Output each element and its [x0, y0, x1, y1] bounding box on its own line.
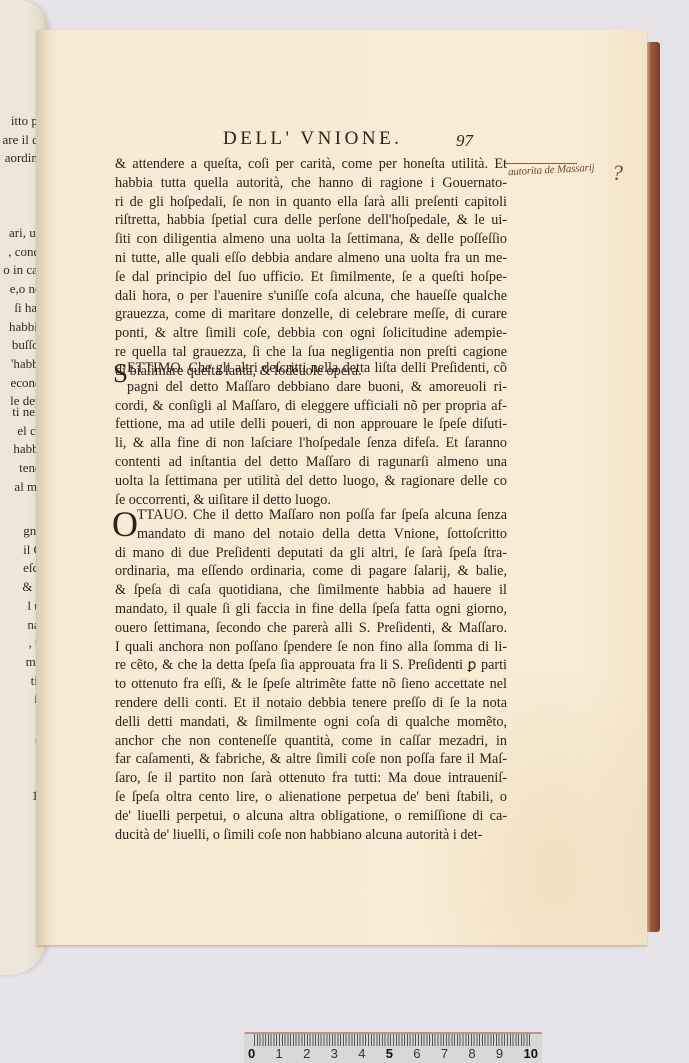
text-line: fettione, ma ad utile delli poueri, di n… [115, 415, 507, 434]
ruler-label: 9 [496, 1046, 503, 1062]
text-line: anchor che non conteneſſe quantità, come… [115, 732, 507, 751]
text-line: uolta la ſettimana per utilità del detto… [115, 472, 507, 491]
text-line: contenti ad inſtantia del detto Maſſaro … [115, 453, 507, 472]
drop-cap-o: O [112, 506, 138, 542]
text-line: TTAUO. Che il detto Maſſaro non poſſa fa… [115, 506, 507, 525]
text-line: rendere delli conti. Et il notaio debbia… [115, 694, 507, 713]
ruler-label: 1 [276, 1046, 283, 1062]
ruler-label: 2 [303, 1046, 310, 1062]
paragraph-ottauo: O TTAUO. Che il detto Maſſaro non poſſa … [115, 506, 507, 844]
text-line: re cẽto, & che la detta ſpeſa ſia approu… [115, 656, 507, 675]
text-line: ni tutte, alle quali eſſo debbia andare … [115, 249, 507, 268]
text-line: ſaro, ſe il partito non ſarà ottenuto fr… [115, 769, 507, 788]
text-line: habbia tutta quella autorità, che hanno … [115, 174, 507, 193]
text-line: de' liuelli perpetui, o alcuna altra obl… [115, 807, 507, 826]
paragraph-continuation: & attendere a queſta, coſi per carità, c… [115, 155, 507, 381]
text-line: & attendere a queſta, coſi per carità, c… [115, 155, 507, 174]
text-line: mandato di mano del notaio della detta V… [115, 525, 507, 544]
ruler-label: 5 [386, 1046, 393, 1062]
text-line: ſe ſpeſa oltra cento lire, o alienatione… [115, 788, 507, 807]
text-line: grauezza, come di maritare donzelle, di … [115, 305, 507, 324]
ruler-label: 6 [413, 1046, 420, 1062]
text-line: di mano di due Preſidenti deputati da gl… [115, 544, 507, 563]
text-line: to ottenuto fra eſſi, & le ſpeſe altrimẽ… [115, 675, 507, 694]
text-line: far caſamenti, & fabriche, & altre ſimil… [115, 750, 507, 769]
text-line: riſtretta, habbia ſpetial cura delle per… [115, 211, 507, 230]
text-line: li, & alla fine di non laſciare l'hoſped… [115, 434, 507, 453]
ruler-label: 4 [358, 1046, 365, 1062]
ruler-label: 8 [468, 1046, 475, 1062]
text-line: ri de gli hoſpedali, ſe non in quanto el… [115, 193, 507, 212]
text-line: pagni del detto Maſſaro debbiano dare bu… [115, 378, 507, 397]
ruler-labels: 012345678910 [248, 1046, 538, 1062]
text-line: mandato, il quale ſi gli faccia in fine … [115, 600, 507, 619]
page-number: 97 [456, 131, 473, 151]
text-line: ſe dal principio del ſuo ufficio. Et ſim… [115, 268, 507, 287]
text-line: ouero ſettimana, ſecondo che parerà alli… [115, 619, 507, 638]
text-line: dali hora, o per l'auenire s'uniſſe coſa… [115, 287, 507, 306]
drop-cap-s: S [113, 360, 128, 387]
text-line: I quali anchora non poſſano ſpendere ſe … [115, 638, 507, 657]
ruler-label: 0 [248, 1046, 255, 1062]
text-line: & ſpeſa di caſa quotidiana, che ſimilmen… [115, 581, 507, 600]
ruler-label: 3 [331, 1046, 338, 1062]
paragraph-settimo: S ETTIMO. Che gli altri deſcritti nella … [115, 359, 507, 509]
page-header: DELL' VNIONE. 97 [0, 128, 689, 152]
ruler-ticks [254, 1034, 532, 1046]
ruler-label: 10 [523, 1046, 537, 1062]
text-line: ordinaria, ma eſſendo ordinaria, come di… [115, 562, 507, 581]
handwritten-question-mark: ? [612, 160, 623, 186]
page-gutter-shadow [36, 30, 50, 945]
text-line: ponti, & altre ſimili coſe, debbia con o… [115, 324, 507, 343]
text-line: ſiti con diligentia almeno una uolta la … [115, 230, 507, 249]
scale-ruler: 012345678910 [244, 1032, 542, 1063]
text-line: cordi, & conſigli al Maſſaro, di elegger… [115, 397, 507, 416]
running-head: DELL' VNIONE. [223, 128, 402, 150]
text-line: ETTIMO. Che gli altri deſcritti nella de… [115, 359, 507, 378]
ruler-label: 7 [441, 1046, 448, 1062]
text-line: ducità de' liuelli, o ſimili coſe non ha… [115, 826, 507, 845]
text-line: delli detti mandati, & ſimilmente ogni c… [115, 713, 507, 732]
